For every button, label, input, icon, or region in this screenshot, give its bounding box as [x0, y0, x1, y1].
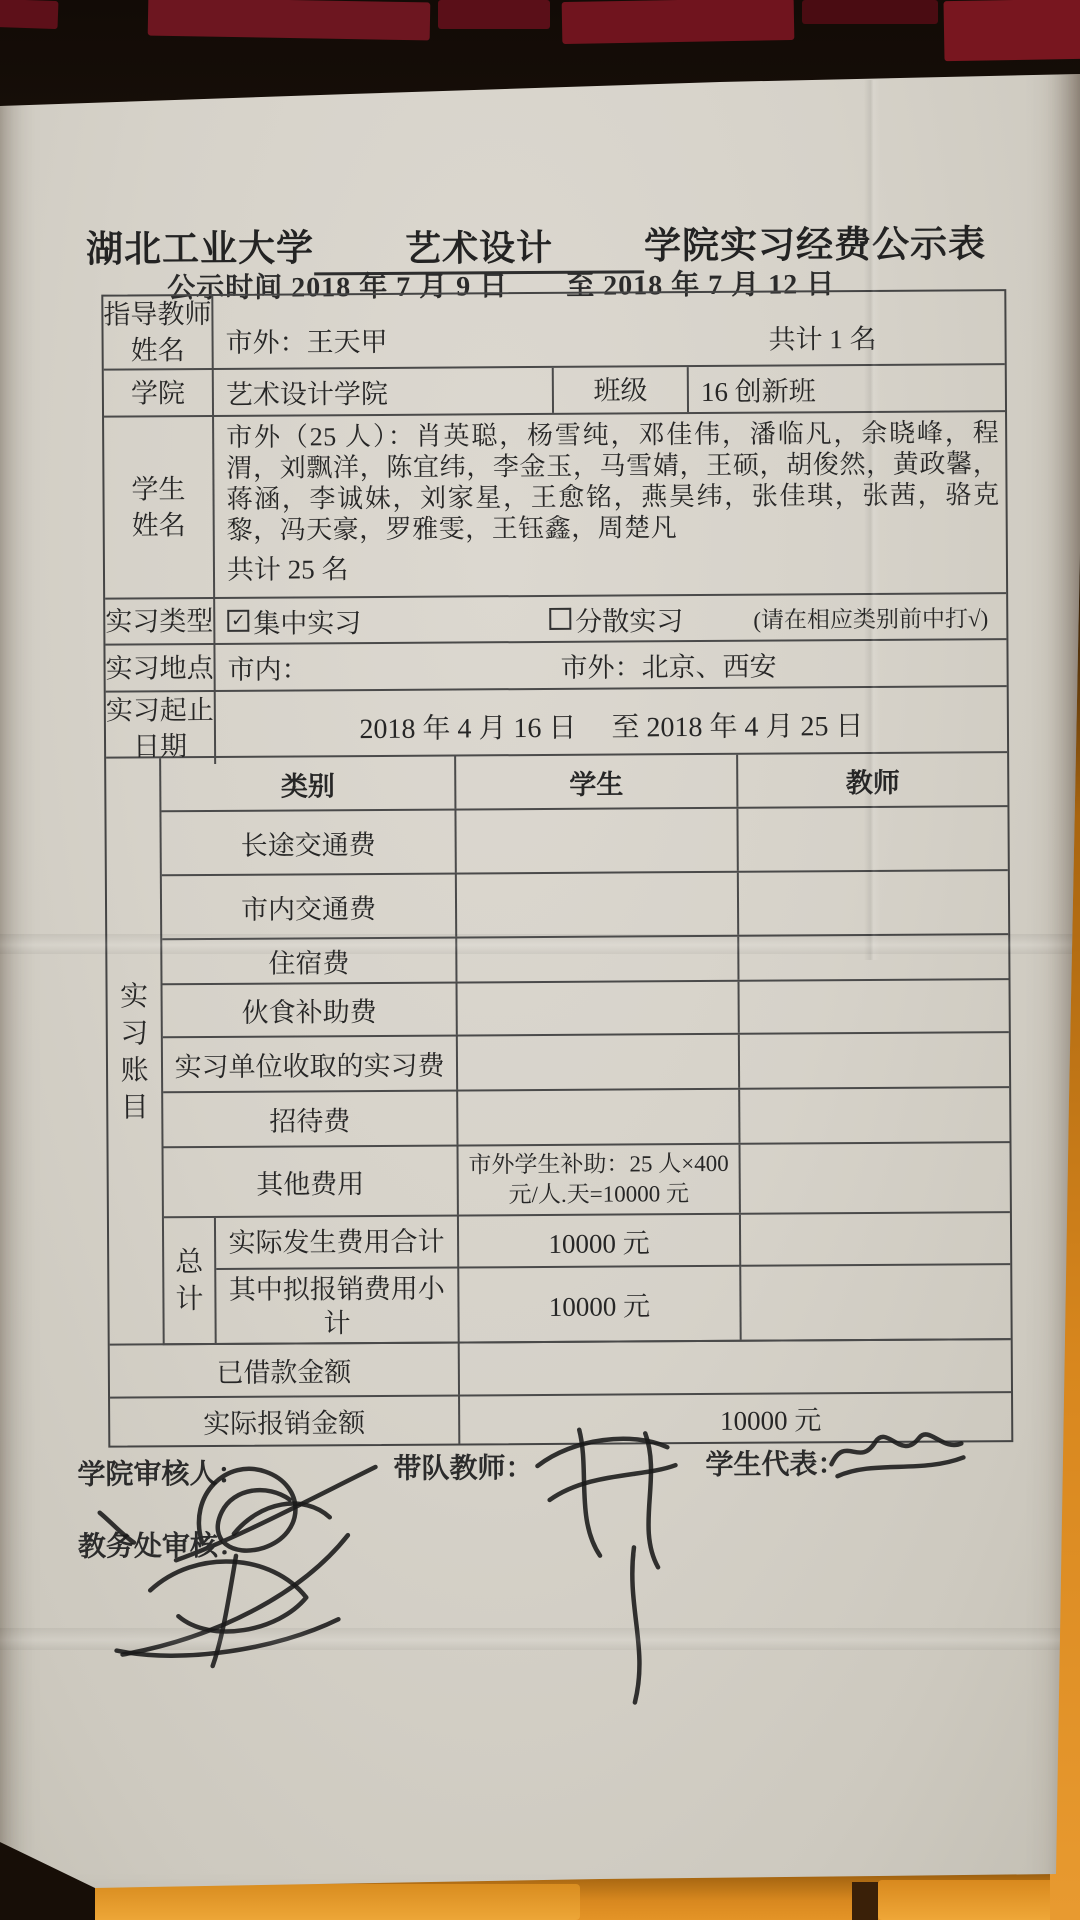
type-value-cell: ✓ 集中实习 分散实习 (请在相应类别前中打√): [215, 594, 1006, 643]
account-row: 实习单位收取的实习费: [163, 1033, 1009, 1093]
college-value: 艺术设计学院: [214, 368, 554, 415]
instructor-label: 指导教师 姓名: [103, 296, 213, 369]
book-spine: [562, 0, 795, 44]
account-row: 伙食补助费: [163, 980, 1009, 1038]
instructor-value-cell: 市外：王天甲 共计 1 名: [213, 291, 1004, 368]
academic-office-label: 教务处审核：: [78, 1524, 246, 1565]
dates-label: 实习起止 日期: [106, 692, 216, 765]
students-value-cell: 市外（25 人）：肖英聪，杨雪纯，邓佳伟，潘临凡，余晓峰，程渭，刘飘洋，陈宜纬，…: [214, 412, 1006, 597]
header-category: 类别: [161, 757, 456, 811]
reimbursed-row: 实际报销金额 10000 元: [110, 1393, 1011, 1446]
total-actual-amount: 10000 元: [459, 1215, 741, 1269]
college-label: 学院: [104, 370, 214, 416]
location-row: 实习地点 市内： 市外：北京、西安: [105, 640, 1006, 693]
dates-value: 2018 年 4 月 16 日 至 2018 年 4 月 25 日: [216, 687, 1007, 764]
checkbox-checked-icon: ✓: [227, 610, 249, 632]
instructor-row: 指导教师 姓名 市外：王天甲 共计 1 名: [103, 291, 1004, 371]
student-representative-label: 学生代表：: [705, 1442, 845, 1483]
book-spine: [438, 0, 550, 29]
paper-document: 湖北工业大学 艺术设计 学院实习经费公示表 公示时间 2018 年 7 月 9 …: [0, 0, 1080, 1920]
account-row: 长途交通费: [161, 807, 1007, 876]
accounts-table: 类别 学生 教师 长途交通费 市内交通费: [161, 753, 1011, 1345]
book-spine: [943, 0, 1080, 61]
reimbursed-value: 10000 元: [460, 1393, 1011, 1443]
instructor-total: 共计 1 名: [768, 317, 876, 357]
class-label: 班级: [554, 367, 689, 413]
type-label: 实习类型: [105, 599, 215, 644]
form-table: 指导教师 姓名 市外：王天甲 共计 1 名 学院 艺术设计学院 班级: [101, 289, 1013, 1448]
borrowed-label: 已借款金额: [110, 1343, 460, 1396]
title-university: 湖北工业大学: [86, 217, 314, 272]
header-student: 学生: [456, 755, 738, 809]
document-content: 湖北工业大学 艺术设计 学院实习经费公示表 公示时间 2018 年 7 月 9 …: [0, 0, 1080, 1920]
students-label: 学生 姓名: [104, 417, 215, 598]
location-inner: 市内：: [227, 647, 308, 686]
type-option-concentrated: 集中实习: [253, 601, 361, 641]
type-note: (请在相应类别前中打√): [753, 600, 988, 634]
type-row: 实习类型 ✓ 集中实习 分散实习 (请在相应类别前中打√): [105, 594, 1006, 646]
header-teacher: 教师: [738, 753, 1007, 807]
total-reimburse-amount: 10000 元: [459, 1267, 741, 1342]
account-row: 其他费用 市外学生补助：25 人×400 元/人.天=10000 元: [164, 1143, 1010, 1218]
account-row: 招待费: [163, 1088, 1009, 1148]
type-option-dispersed: 分散实习: [575, 599, 683, 639]
totals-label: 总计: [164, 1218, 217, 1343]
location-outer: 市外：北京、西安: [560, 645, 776, 685]
book-spine: [802, 0, 938, 24]
accounts-block: 实习账目 类别 学生 教师 长途交通费: [106, 753, 1011, 1345]
photo-scene: 湖北工业大学 艺术设计 学院实习经费公示表 公示时间 2018 年 7 月 9 …: [0, 0, 1080, 1920]
totals-block: 总计 实际发生费用合计 10000 元 其中拟报销费用小计 10000 元: [164, 1213, 1011, 1345]
location-value-cell: 市内： 市外：北京、西安: [215, 640, 1006, 690]
location-label: 实习地点: [105, 645, 215, 691]
checkbox-unchecked-icon: [549, 608, 571, 630]
table-surface-highlight: [88, 1884, 580, 1920]
borrowed-row: 已借款金额: [110, 1340, 1011, 1399]
dates-row: 实习起止 日期 2018 年 4 月 16 日 至 2018 年 4 月 25 …: [106, 687, 1007, 759]
leader-teacher-label: 带队教师：: [393, 1446, 533, 1487]
instructor-name: 市外：王天甲: [225, 320, 387, 360]
reimbursed-label: 实际报销金额: [110, 1396, 460, 1445]
account-row: 住宿费: [162, 935, 1008, 985]
college-row: 学院 艺术设计学院 班级 16 创新班: [104, 365, 1005, 418]
student-names: 市外（25 人）：肖英聪，杨雪纯，邓佳伟，潘临凡，余晓峰，程渭，刘飘洋，陈宜纬，…: [226, 417, 1000, 546]
leader-teacher-signature: [515, 1407, 717, 1708]
students-row: 学生 姓名 市外（25 人）：肖英聪，杨雪纯，邓佳伟，潘临凡，余晓峰，程渭，刘飘…: [104, 412, 1006, 600]
class-value: 16 创新班: [689, 365, 1005, 412]
borrowed-value: [460, 1340, 1011, 1394]
college-reviewer-label: 学院审核人：: [77, 1452, 245, 1493]
account-row: 市内交通费: [162, 871, 1008, 940]
other-fee-note: 市外学生补助：25 人×400 元/人.天=10000 元: [459, 1145, 741, 1215]
table-surface-gap: [852, 1882, 878, 1920]
students-total: 共计 25 名: [227, 543, 1000, 587]
accounts-label: 实习账目: [106, 758, 165, 1345]
book-spine: [0, 0, 58, 29]
accounts-header-row: 类别 学生 教师: [161, 753, 1007, 812]
book-spine: [148, 0, 431, 40]
